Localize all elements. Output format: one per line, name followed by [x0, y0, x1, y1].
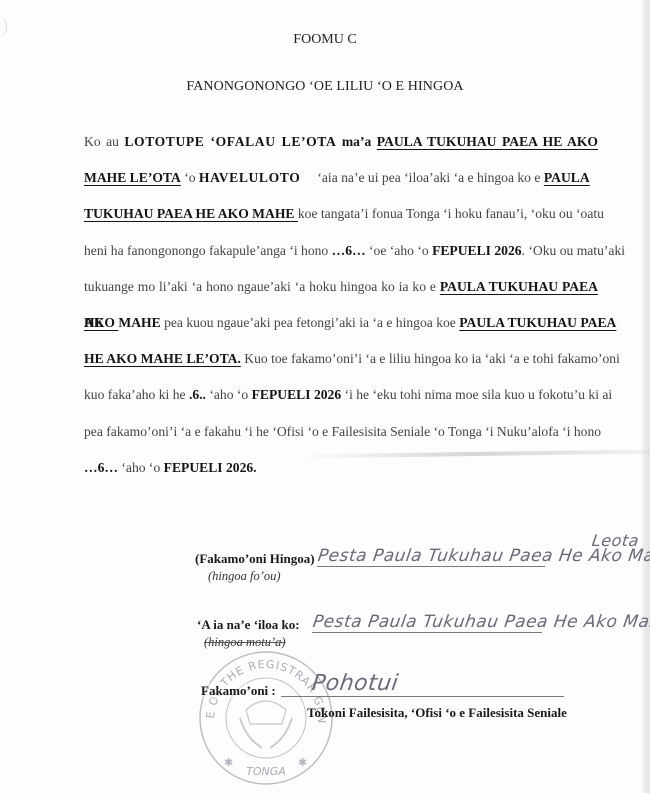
- applicant-name: LOTOTUPE ‘OFALAU LE’OTA: [124, 134, 336, 149]
- old-name-label: ‘A ia na’e ‘iloa ko:: [197, 617, 300, 633]
- declaration-paragraph: Ko au LOTOTUPE ‘OFALAU LE’OTA ma’a PAULA…: [84, 124, 598, 486]
- paragraph-line-5: tukuange mo li’aki ‘a hono ngaue’aki ‘a …: [84, 269, 598, 305]
- new-name-signature: Pesta Paula Tukuhau Paea He Ako Mahe: [317, 546, 650, 566]
- form-title: FANONGONONGO ‘OE LILIU ‘O E HINGOA: [0, 79, 650, 95]
- paragraph-line-6: AKO MAHE pea kuou ngaue’aki pea fetongi’…: [84, 305, 598, 341]
- day-field: …6…: [84, 460, 118, 475]
- witness-signature-line: [281, 696, 564, 697]
- paragraph-line-1: Ko au LOTOTUPE ‘OFALAU LE’OTA ma’a PAULA…: [84, 124, 598, 160]
- svg-text:✱: ✱: [298, 757, 307, 769]
- old-name-line: [312, 632, 542, 633]
- paragraph-line-8: kuo faka’aho ki he .6.. ‘aho ‘o FEPUELI …: [84, 377, 598, 413]
- paragraph-line-4: heni ha fanongonongo fakapule’anga ‘i ho…: [84, 233, 598, 269]
- document-page: FOOMU C FANONGONONGO ‘OE LILIU ‘O E HING…: [0, 0, 650, 793]
- day-field: .6..: [189, 387, 206, 402]
- old-name-handwritten: Pesta Paula Tukuhau Paea He Ako Mahe: [312, 612, 650, 632]
- paragraph-line-3: TUKUHAU PAEA HE AKO MAHE koe tangata’i f…: [84, 196, 598, 232]
- day-field: …6…: [332, 243, 366, 258]
- new-name: PAULA TUKUHAU PAEA: [459, 315, 616, 330]
- paragraph-line-7: HE AKO MAHE LE’OTA. Kuo toe fakamo’oni’i…: [84, 341, 598, 377]
- witness-signature: Pohotui: [310, 671, 400, 696]
- witness-label: Fakamo’oni :: [201, 683, 276, 699]
- month-year: FEPUELI 2026: [432, 243, 522, 258]
- svg-text:✱: ✱: [224, 757, 233, 769]
- old-name: PAULA: [544, 170, 590, 185]
- paragraph-line-9: pea fakamo’oni’i ‘a e fakahu ‘i he ‘Ofis…: [84, 414, 598, 450]
- paragraph-line-2: MAHE LE’OTA ‘o HAVELULOTO ‘aia na’e ui p…: [84, 160, 598, 196]
- svg-text:TONGA: TONGA: [246, 765, 286, 778]
- new-name-signature-label: (Fakamo’oni Hingoa): [195, 551, 315, 567]
- village-name: HAVELULOTO: [199, 170, 300, 185]
- new-name-signature-line: [317, 566, 545, 567]
- child-name: PAULA TUKUHAU PAEA HE AKO: [377, 134, 598, 149]
- witness-title: Tokoni Failesisita, ‘Ofisi ‘o e Failesis…: [307, 705, 567, 721]
- new-name-sublabel: (hingoa fo’ou): [208, 569, 281, 584]
- form-label: FOOMU C: [0, 32, 650, 48]
- page-edge-shadow: [642, 0, 650, 793]
- paragraph-line-10: …6… ‘aho ‘o FEPUELI 2026.: [84, 450, 598, 486]
